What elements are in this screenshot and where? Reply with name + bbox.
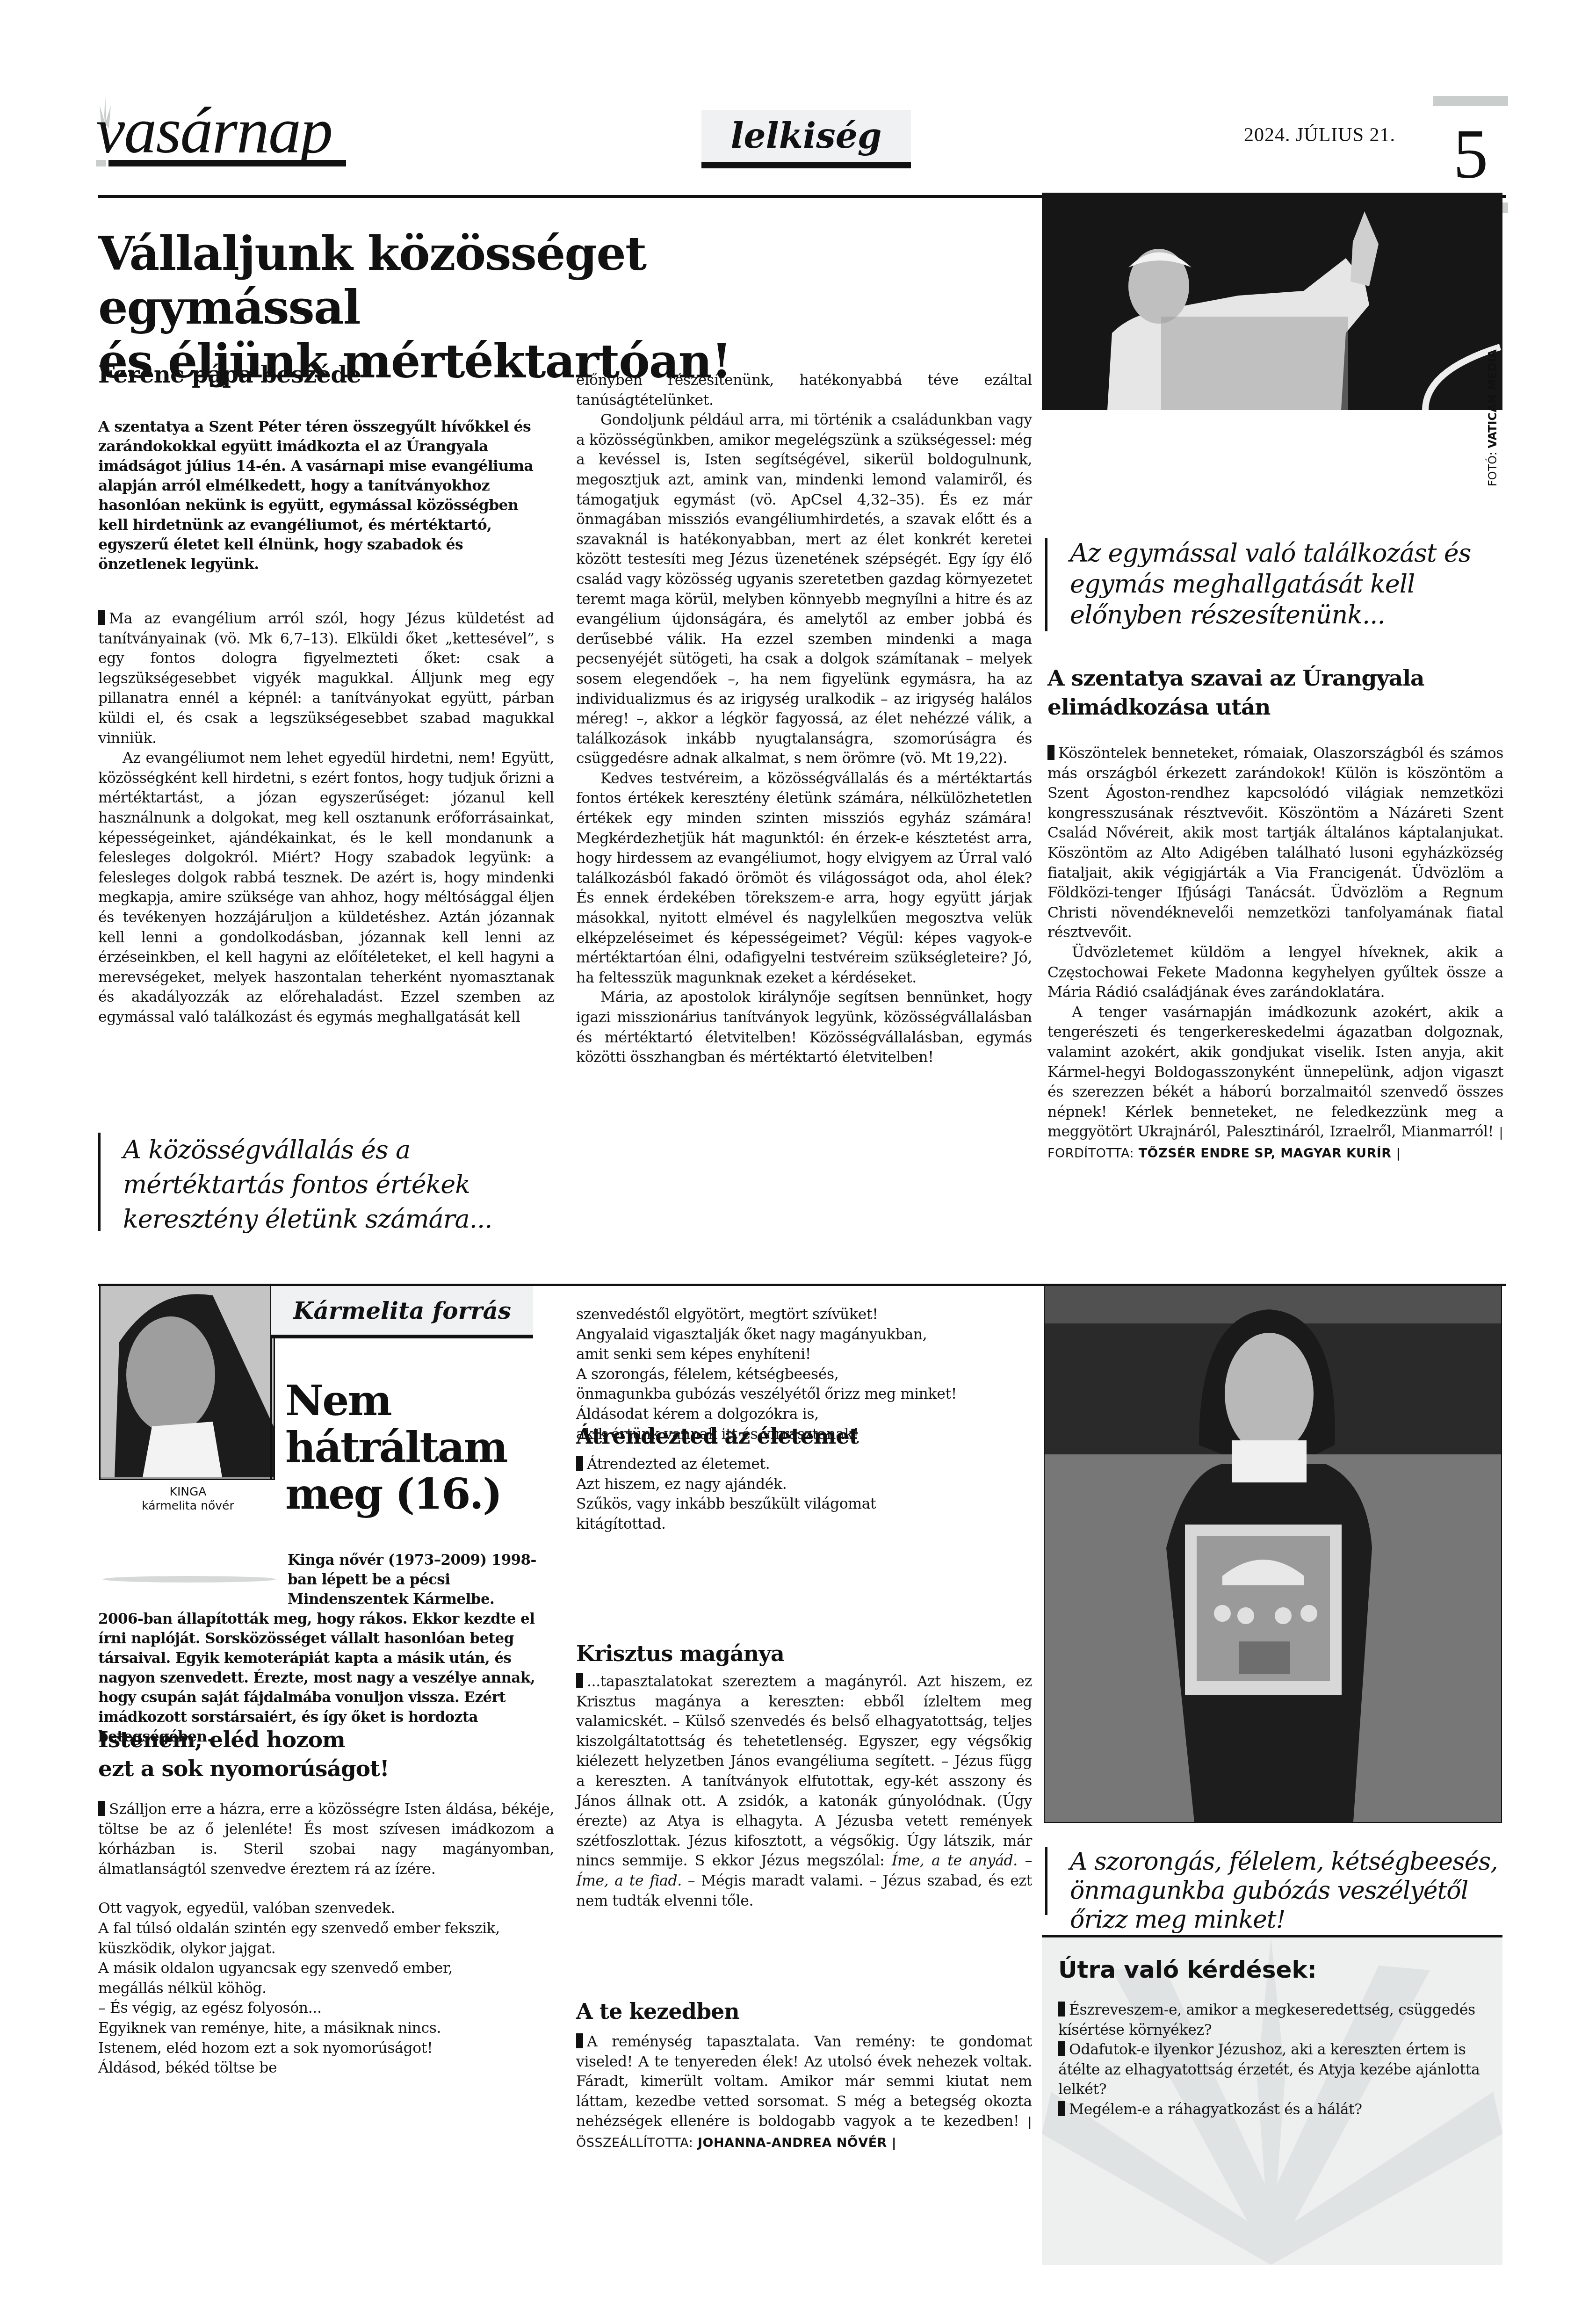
questions-list: Észreveszem-e, amikor a megkeseredettség… xyxy=(1058,2000,1493,2120)
bullet-icon xyxy=(1058,2041,1065,2056)
pope-photo[interactable] xyxy=(1042,193,1502,410)
pullquote: A közösségvállalás és a mértéktartás fon… xyxy=(98,1133,544,1231)
translator-credit: TŐZSÉR ENDRE SP, MAGYAR KURÍR | xyxy=(1139,1146,1401,1161)
paragraph-marker-icon xyxy=(98,1801,105,1816)
logo-rule-accent xyxy=(96,160,106,166)
pullquote-3: A szorongás, félelem, kétségbeesés, önma… xyxy=(1045,1847,1509,1915)
series-label: Kármelita forrás xyxy=(271,1286,533,1338)
section-heading-atrendezted: Átrendezted az életemet xyxy=(576,1422,859,1451)
caption-shadow xyxy=(103,1576,276,1583)
section-istenem-body: Szálljon erre a házra, erre a közösségre… xyxy=(98,1800,554,2078)
series-lead-top: Kinga nővér (1973–2009) 1998-ban lépett … xyxy=(288,1550,549,1609)
question-item: Megélem-e a ráhagyatkozást és a hálát? xyxy=(1058,2100,1493,2120)
article-column-3: Köszöntelek benneteket, rómaiak, Olaszor… xyxy=(1047,744,1503,1164)
compiler-credit: JOHANNA-ANDREA NŐVÉR | xyxy=(698,2136,896,2150)
paragraph-marker-icon xyxy=(1047,745,1054,760)
pullquote-2: Az egymással való találkozást és egymás … xyxy=(1045,538,1491,631)
section-heading-istenem: Istenem, eléd hozom ezt a sok nyomorúság… xyxy=(98,1726,554,1784)
paragraph-marker-icon xyxy=(576,2033,583,2048)
headline-line-1: Vállaljunk közösséget egymással xyxy=(98,226,646,335)
paragraph-marker-icon xyxy=(98,610,105,625)
bullet-icon xyxy=(1058,2002,1065,2016)
newspaper-logo[interactable]: vasárnap xyxy=(96,98,332,164)
article-lead: A szentatya a Szent Péter téren összegyű… xyxy=(98,417,547,574)
section-heading-kezedben: A te kezedben xyxy=(576,1997,739,2026)
section-label: lelkiség xyxy=(701,110,911,168)
pope-waving-image xyxy=(1042,193,1502,410)
nun-holding-icon-image xyxy=(1045,1286,1501,1822)
section-atrendezted-body: Átrendezted az életemet. Azt hiszem, ez … xyxy=(576,1454,1032,1534)
section-heading: A szentatya szavai az Úrangyala elimádko… xyxy=(1047,664,1496,722)
bullet-icon xyxy=(1058,2101,1065,2116)
section-kezedben-body: A reménység tapasztalata. Van remény: te… xyxy=(576,2032,1032,2154)
photo-credit: FOTÓ: VATICAN MEDIA xyxy=(1486,349,1499,486)
nun-with-icon-photo[interactable] xyxy=(1044,1285,1502,1823)
poem-lines: Ott vagyok, egyedül, valóban szenvedek. … xyxy=(98,1899,554,2078)
question-item: Észreveszem-e, amikor a megkeseredettség… xyxy=(1058,2000,1493,2040)
paragraph-marker-icon xyxy=(576,1673,583,1688)
logo-rule xyxy=(108,160,346,166)
kinga-portrait-photo[interactable] xyxy=(99,1286,275,1480)
section-heading-krisztus: Krisztus magánya xyxy=(576,1639,784,1668)
article-byline-title: Ferenc pápa beszéde xyxy=(98,360,361,389)
question-item: Odafutok-e ilyenkor Jézushoz, aki a kere… xyxy=(1058,2040,1493,2100)
section-krisztus-body: ...tapasztalatokat szereztem a magányról… xyxy=(576,1672,1032,1911)
questions-title: Útra való kérdések: xyxy=(1058,1956,1493,1983)
series-title: Nem hátráltam meg (16.) xyxy=(285,1377,506,1518)
article-column-2: előnyben részesítenünk, hatékonyabbá tév… xyxy=(576,370,1032,1068)
questions-box: Útra való kérdések: Észreveszem-e, amiko… xyxy=(1042,1935,1502,2265)
paragraph-marker-icon xyxy=(576,1456,583,1471)
nun-portrait-image xyxy=(101,1286,274,1477)
issue-date: 2024. JÚLIUS 21. xyxy=(1244,124,1395,146)
portrait-caption: KINGA kármelita nővér xyxy=(99,1485,277,1513)
article-column-1: Ma az evangélium arról szól, hogy Jézus … xyxy=(98,609,554,1027)
